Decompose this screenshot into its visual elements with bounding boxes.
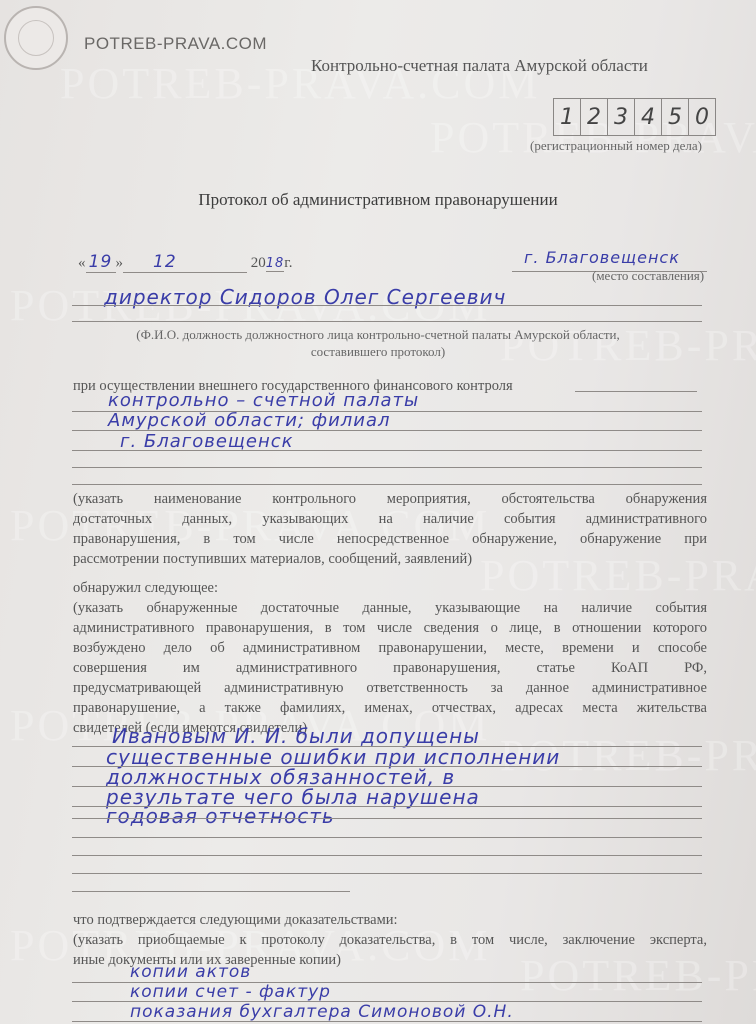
year-suffix: г. [284,255,292,271]
place-caption: (место составления) [592,268,704,284]
registration-digit: 4 [635,99,662,135]
control-instructions: (указать наименование контрольного мероп… [73,489,707,569]
instruction-line: (указать обнаруженные достаточные данные… [73,598,707,618]
official-caption: (Ф.И.О. должность должностного лица конт… [0,326,756,360]
control-line [72,484,702,485]
control-handwritten-line: г. Благовещенск [120,431,294,452]
registration-caption: (регистрационный номер дела) [530,138,702,154]
instruction-line: (указать наименование контрольного мероп… [73,489,707,509]
control-line [72,450,702,451]
registration-digit: 0 [689,99,715,135]
instruction-line: возбуждено дело об административном прав… [73,638,707,658]
evidence-handwritten-line: копии актов [130,962,251,982]
findings-line [72,873,702,874]
instruction-line: предусматривающей административную ответ… [73,678,707,698]
findings-instructions: (указать обнаруженные достаточные данные… [73,598,707,738]
findings-line [72,837,702,838]
instruction-line: правонарушения, в том числе непосредстве… [73,529,707,549]
shopping-bag-icon [18,20,54,56]
document-title: Протокол об административном правонаруше… [0,190,756,210]
instruction-line: рассмотрении поступивших материалов, соо… [73,549,707,569]
registration-digit: 2 [581,99,608,135]
year-value: 18 [266,256,285,272]
registration-digit: 3 [608,99,635,135]
official-line-2 [72,321,702,322]
registration-digit: 5 [662,99,689,135]
instruction-line: правонарушение, а также фамилиях, именах… [73,698,707,718]
official-caption-line: составившего протокол) [0,343,756,360]
evidence-handwritten-line: показания бухгалтера Симоновой О.Н. [130,1002,514,1022]
month-value: 12 [123,252,247,273]
registration-number-field: 1 2 3 4 5 0 [553,98,716,136]
instruction-line: (указать приобщаемые к протоколу доказат… [73,930,707,950]
day-value: 19 [86,252,116,273]
instruction-line: совершения им административного правонар… [73,658,707,678]
evidence-line [72,1021,702,1022]
evidence-handwritten-line: копии счет - фактур [130,982,331,1002]
findings-line-short [72,891,350,892]
instruction-line: административного правонарушения, в том … [73,618,707,638]
findings-handwritten-line: годовая отчетность [106,804,335,828]
findings-line [72,855,702,856]
evidence-label: что подтверждается следующими доказатель… [73,910,398,930]
brand-logo-icon [4,6,68,70]
control-handwritten-line: Амурской области; филиал [108,410,391,431]
year-prefix: 20 [251,255,266,271]
findings-label: обнаружил следующее: [73,578,218,598]
control-line [72,467,702,468]
registration-digit: 1 [554,99,581,135]
findings-line [72,818,702,819]
instruction-line: достаточных данных, указывающих на налич… [73,509,707,529]
official-line-1 [72,305,702,306]
control-handwritten-line: контрольно – счетной палаты [108,390,419,411]
brand-name: POTREB-PRAVA.COM [84,34,267,54]
close-quote: » [116,255,124,271]
date-field: «19»12 2018г. [78,252,293,273]
place-value: г. Благовещенск [524,248,680,267]
official-caption-line: (Ф.И.О. должность должностного лица конт… [0,326,756,343]
open-quote: « [78,255,86,271]
control-label-line [575,391,697,392]
organization-name: Контрольно-счетная палата Амурской облас… [311,56,648,76]
